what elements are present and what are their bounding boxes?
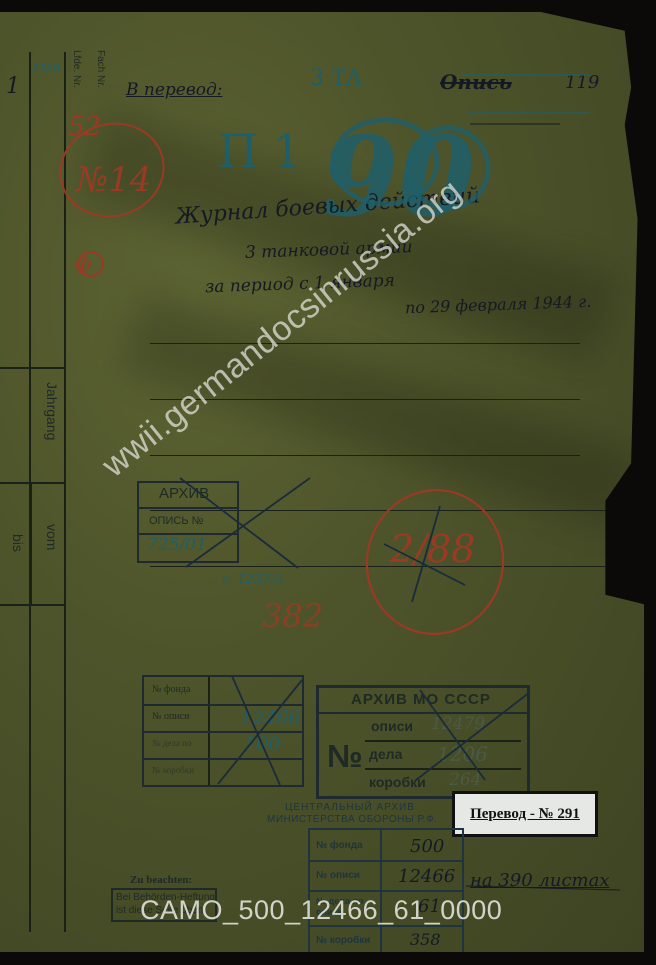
file-caption: CAMO_500_12466_61_0000 (140, 895, 502, 926)
ink-strokes (0, 0, 656, 965)
